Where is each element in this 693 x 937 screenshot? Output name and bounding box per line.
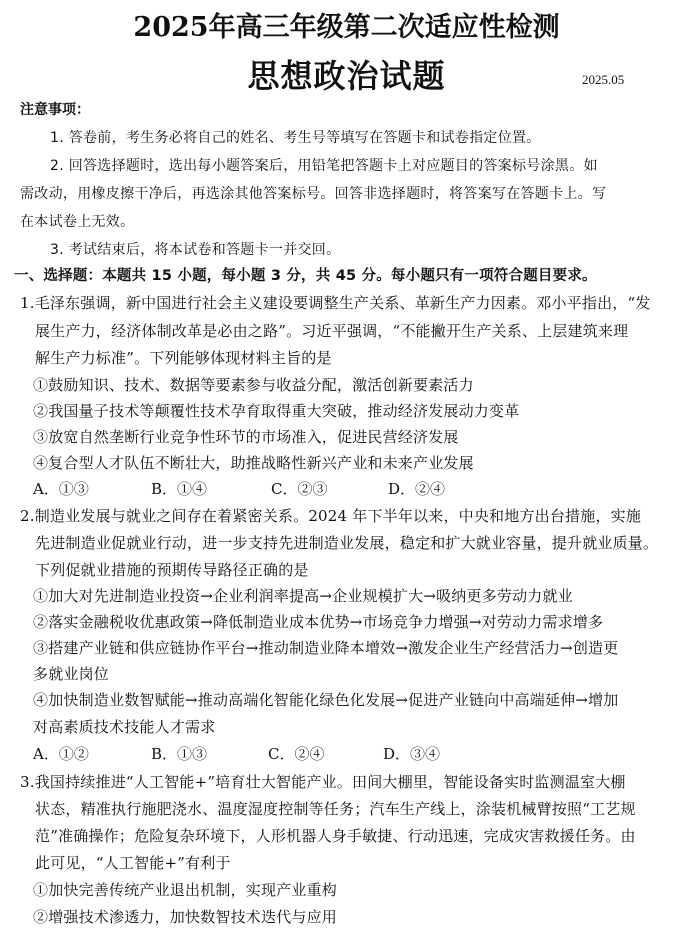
- q1-choice-d[interactable]: D．②④: [388, 478, 445, 500]
- q3-option-2: ②增强技术渗透力，加快数智技术迭代与应用: [33, 906, 337, 928]
- q2-option-1: ①加大对先进制造业投资→企业利润率提高→企业规模扩大→吸纳更多劳动力就业: [33, 585, 573, 607]
- q2-choice-c[interactable]: C．②④: [268, 743, 324, 765]
- notice-line-2: 2. 回答选择题时，选出每小题答案后，用铅笔把答题卡上对应题目的答案标号涂黑。如: [50, 155, 598, 177]
- q1-stem-line-1: 1.毛泽东强调，新中国进行社会主义建设要调整生产关系、革新生产力因素。邓小平指出…: [20, 292, 651, 314]
- notice-line-2-end: 在本试卷上无效。: [20, 211, 134, 233]
- q2-option-4-cont: 对高素质技术技能人才需求: [33, 716, 215, 738]
- q1-stem-line-2: 展生产力，经济体制改革是必由之路”。习近平强调，“不能撇开生产关系、上层建筑来理: [35, 320, 628, 342]
- notice-line-1: 1. 答卷前，考生务必将自己的姓名、考生号等填写在答题卡和试卷指定位置。: [50, 127, 541, 149]
- q2-stem-line-2: 先进制造业促就业行动，进一步支持先进制造业发展，稳定和扩大就业容量，提升就业质量…: [35, 532, 658, 554]
- q3-stem-line-2: 状态，精准执行施肥浇水、温度湿度控制等任务；汽车生产线上，涂装机械臂按照“工艺规: [35, 798, 636, 820]
- q1-option-2: ②我国量子技术等颠覆性技术孕育取得重大突破，推动经济发展动力变革: [33, 400, 519, 422]
- q3-option-1: ①加快完善传统产业退出机制，实现产业重构: [33, 879, 337, 901]
- q3-stem-line-1: 3.我国持续推进“人工智能+”培育壮大智能产业。田间大棚里，智能设备实时监测温室…: [20, 771, 626, 793]
- q2-choice-d[interactable]: D．③④: [383, 743, 440, 765]
- q2-option-3: ③搭建产业链和供应链协作平台→推动制造业降本增效→激发企业生产经营活力→创造更: [33, 637, 619, 659]
- q1-choice-c[interactable]: C．②③: [271, 478, 327, 500]
- exam-date: 2025.05: [582, 72, 624, 88]
- q2-option-2: ②落实金融税收优惠政策→降低制造业成本优势→市场竞争力增强→对劳动力需求增多: [33, 611, 603, 633]
- section-heading: 一、选择题：本题共 15 小题，每小题 3 分，共 45 分。每小题只有一项符合…: [14, 265, 597, 287]
- q1-choice-a[interactable]: A．①③: [33, 478, 89, 500]
- q1-option-1: ①鼓励知识、技术、数据等要素参与收益分配，激活创新要素活力: [33, 374, 474, 396]
- exam-title: 2025年高三年级第二次适应性检测: [0, 10, 693, 46]
- q2-stem-line-1: 2.制造业发展与就业之间存在着紧密关系。2024 年下半年以来，中央和地方出台措…: [20, 505, 641, 527]
- notice-heading: 注意事项：: [20, 99, 90, 121]
- q2-option-4: ④加快制造业数智赋能→推动高端化智能化绿色化发展→促进产业链向中高端延伸→增加: [33, 689, 619, 711]
- q1-option-3: ③放宽自然垄断行业竞争性环节的市场准入，促进民营经济发展: [33, 426, 459, 448]
- q1-option-4: ④复合型人才队伍不断壮大，助推战略性新兴产业和未来产业发展: [33, 452, 474, 474]
- q1-choice-b[interactable]: B．①④: [151, 478, 207, 500]
- q3-stem-line-4: 此可见，“人工智能+”有利于: [35, 852, 231, 874]
- q2-choice-b[interactable]: B．①③: [151, 743, 207, 765]
- q3-stem-line-3: 范”准确操作；危险复杂环境下，人形机器人身手敏捷、行动迅速，完成灾害救援任务。由: [35, 825, 636, 847]
- q2-choice-a[interactable]: A．①②: [33, 743, 89, 765]
- exam-page: 2025年高三年级第二次适应性检测 思想政治试题 2025.05 注意事项： 1…: [0, 0, 693, 937]
- notice-line-3: 3. 考试结束后，将本试卷和答题卡一并交回。: [50, 239, 340, 261]
- q2-option-3-cont: 多就业岗位: [33, 663, 109, 685]
- notice-line-2-cont: 需改动，用橡皮擦干净后，再选涂其他答案标号。回答非选择题时，将答案写在答题卡上。…: [20, 183, 606, 205]
- q2-stem-line-3: 下列促就业措施的预期传导路径正确的是: [35, 559, 309, 581]
- q1-stem-line-3: 解生产力标准”。下列能够体现材料主旨的是: [35, 347, 332, 369]
